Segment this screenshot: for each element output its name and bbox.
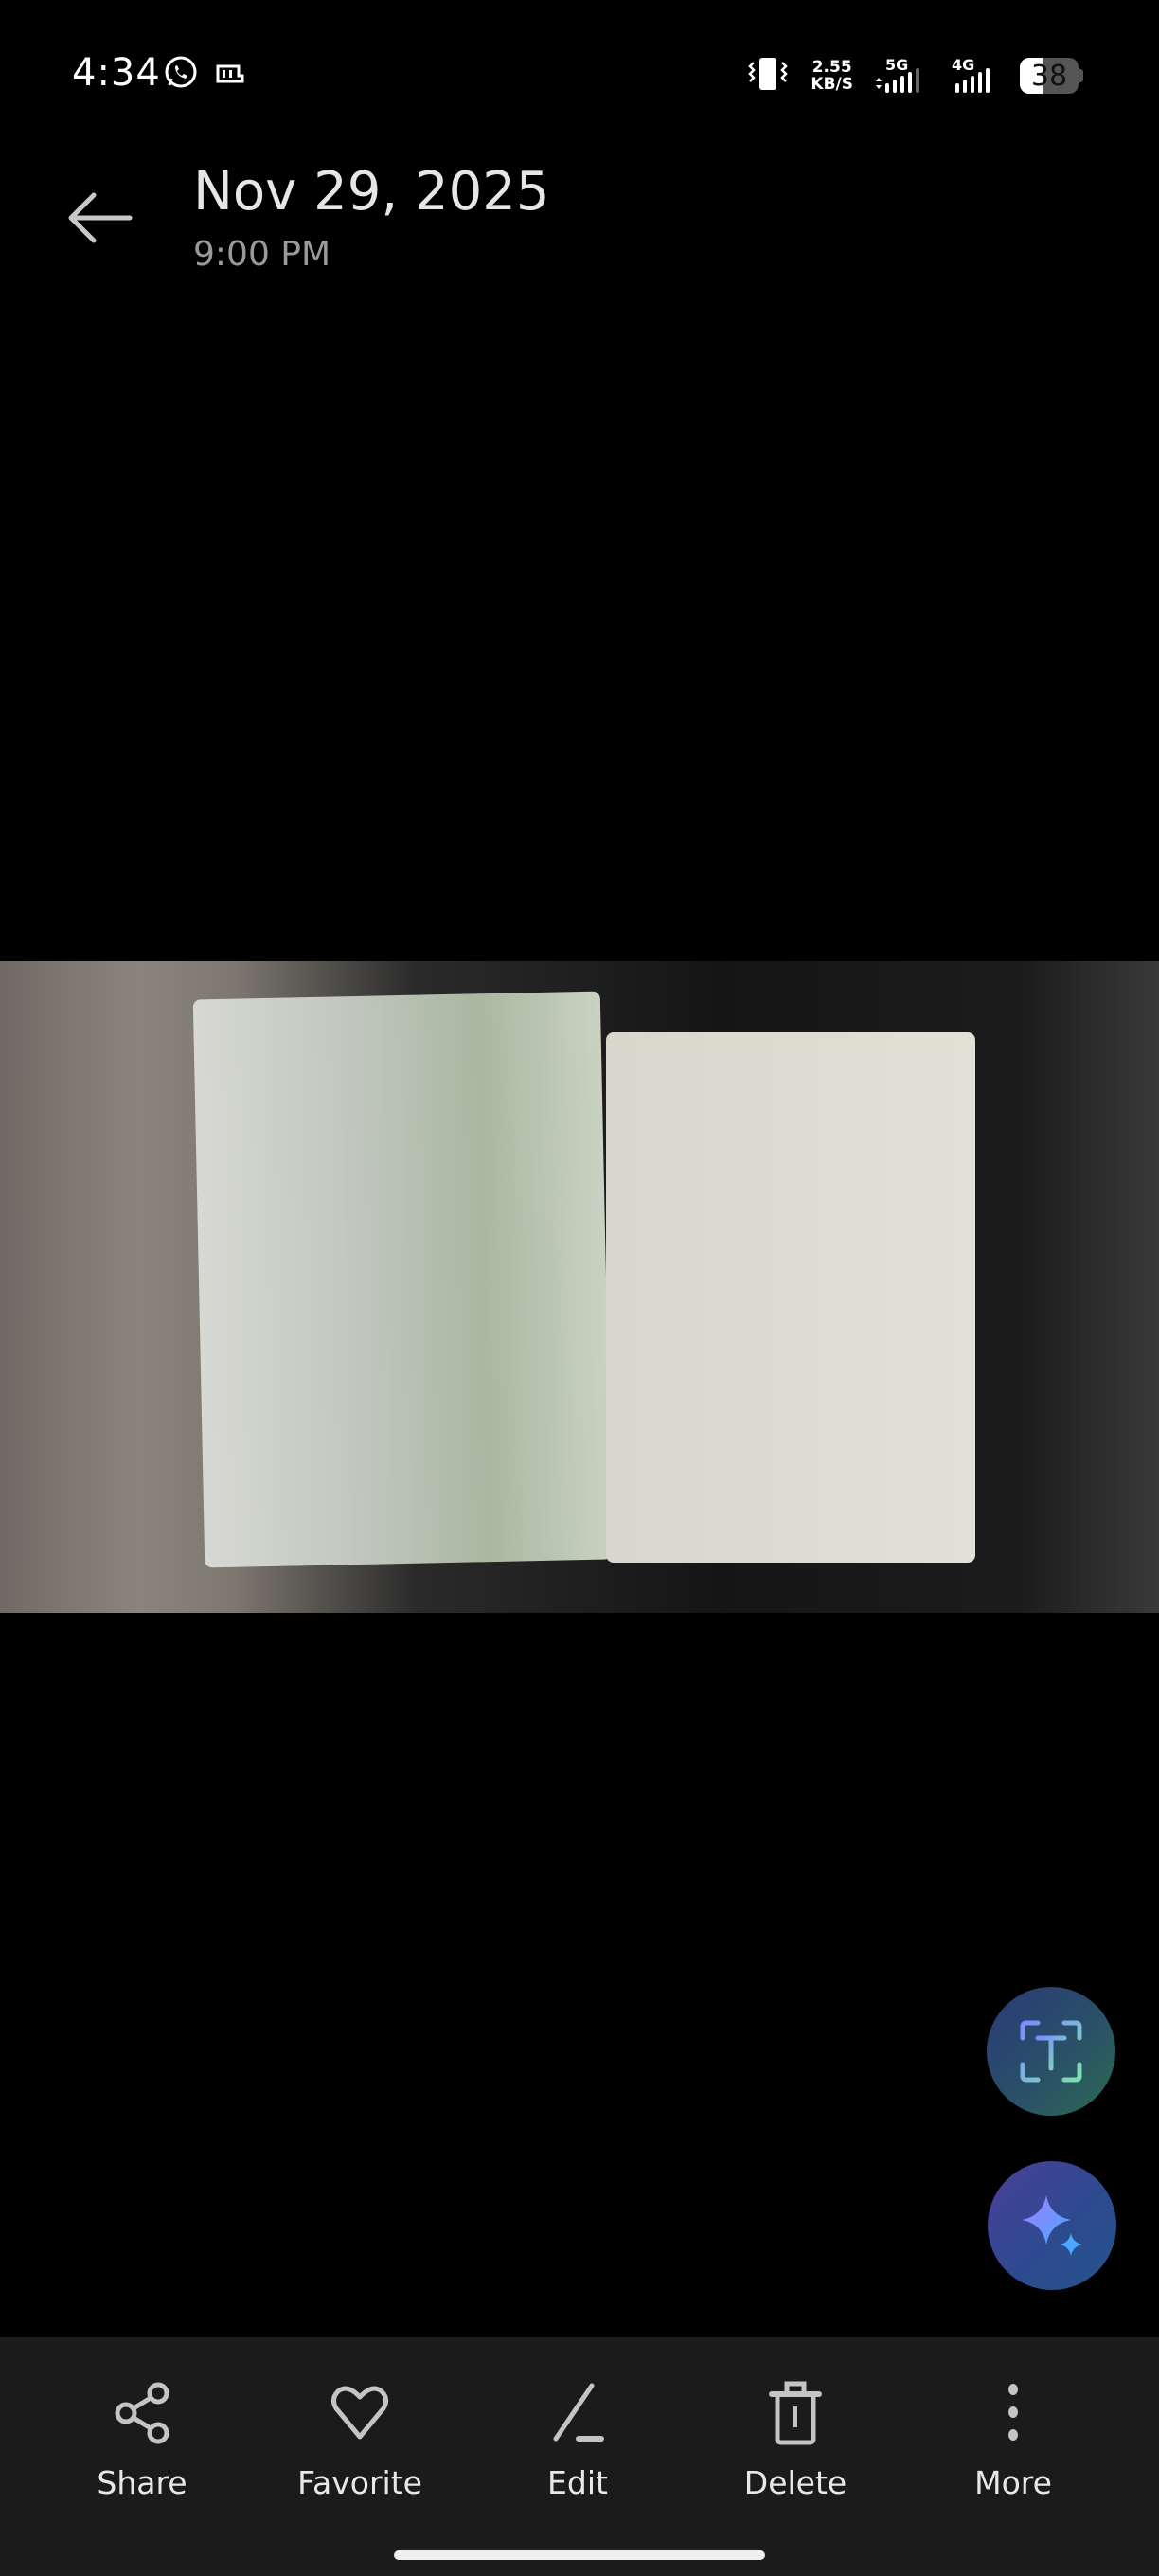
arrow-left-icon [65, 189, 134, 246]
whatsapp-icon [163, 55, 199, 95]
status-time: 4:34 [72, 51, 161, 95]
delete-label: Delete [744, 2464, 847, 2501]
edit-button[interactable]: Edit [469, 2375, 686, 2501]
more-vertical-icon [980, 2380, 1046, 2446]
share-label: Share [97, 2464, 187, 2501]
share-icon [109, 2380, 175, 2446]
pencil-icon [544, 2380, 611, 2446]
battery-percent: 38 [1031, 60, 1067, 93]
network-speed: 2.55 KB/S [811, 59, 853, 93]
photo-view[interactable]: Photograph of an open passport lying on … [0, 961, 1159, 1613]
delete-button[interactable]: Delete [686, 2375, 904, 2501]
more-button[interactable]: More [904, 2375, 1122, 2501]
more-label: More [974, 2464, 1052, 2501]
sim1-signal: 5G [874, 57, 931, 95]
heart-icon [327, 2380, 393, 2446]
notification-icons [163, 55, 244, 95]
back-button[interactable] [57, 180, 142, 256]
system-icons: 2.55 KB/S 5G 4G [746, 55, 1083, 97]
photo-time: 9:00 PM [193, 235, 330, 274]
text-scan-icon [1017, 2017, 1085, 2085]
sparkle-icon [1018, 2191, 1086, 2260]
viewer-header: Nov 29, 2025 9:00 PM [0, 152, 1159, 284]
battery-indicator: 38 [1020, 58, 1083, 94]
extract-text-button[interactable] [987, 1987, 1115, 2116]
bottom-action-bar: Share Favorite Edit [0, 2337, 1159, 2576]
svg-text:5G: 5G [885, 57, 908, 74]
home-indicator[interactable] [394, 2550, 765, 2560]
vibrate-icon [746, 55, 790, 97]
favorite-label: Favorite [297, 2464, 422, 2501]
favorite-button[interactable]: Favorite [251, 2375, 469, 2501]
svg-text:4G: 4G [952, 57, 974, 74]
ai-assist-button[interactable] [988, 2161, 1116, 2290]
edit-label: Edit [547, 2464, 608, 2501]
status-bar: 4:34 2.55 KB/S 5G [0, 0, 1159, 142]
photo-date: Nov 29, 2025 [193, 161, 549, 223]
trash-icon [762, 2380, 829, 2446]
photo-description: Photograph of an open passport lying on … [290, 1261, 869, 1314]
share-button[interactable]: Share [33, 2375, 251, 2501]
sim-card-icon [216, 61, 244, 89]
sim2-signal: 4G [952, 57, 999, 95]
